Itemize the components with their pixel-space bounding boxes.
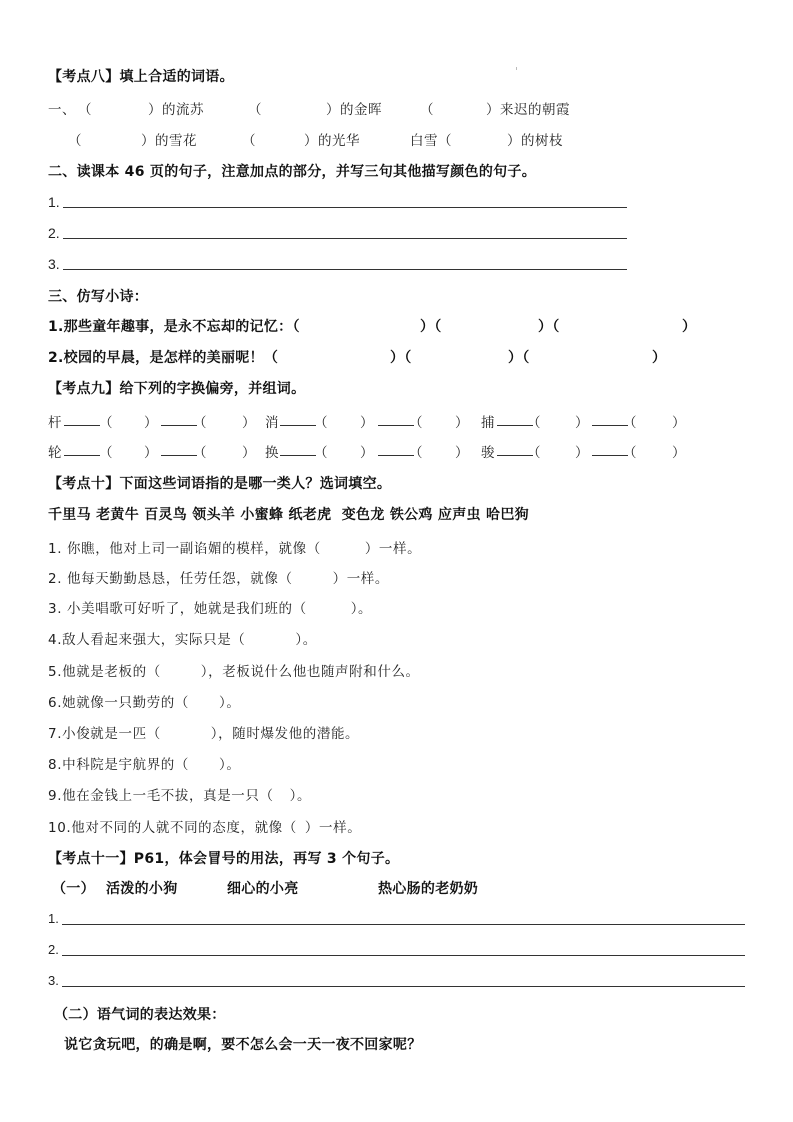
close-paren: ） (455, 441, 469, 461)
part2-label: （二）语气词的表达效果： (54, 1004, 226, 1024)
open-paren: （ (99, 441, 113, 461)
section10-heading: 【考点十】下面这些词语指的是哪一类人？选词填空。 (48, 473, 391, 493)
radical-char: 杆 (48, 411, 62, 431)
word-bank-item: 变色龙 (342, 507, 385, 523)
radical-blank[interactable] (64, 411, 100, 426)
fill-open-paren: （ (242, 129, 256, 149)
poem-item-2: 2.校园的早晨，是怎样的美丽呢！（ (48, 347, 278, 367)
question-10: 10.他对不同的人就不同的态度，就像（）一样。 (48, 816, 361, 836)
fill-phrase: ）的金晖 (326, 98, 382, 118)
word-bank-item: 应声虫 (438, 507, 481, 523)
question-9: 9.他在金钱上一毛不拔，真是一只（）。 (48, 784, 311, 804)
open-paren: （ (193, 411, 207, 431)
fill-open-paren: （ (68, 129, 82, 149)
word-bank-item: 铁公鸡 (390, 507, 433, 523)
word-bank-item: 领头羊 (192, 507, 235, 523)
question-6: 6.她就像一只勤劳的（）。 (48, 691, 240, 711)
fill-open-paren: 白雪（ (410, 129, 452, 149)
radical-blank[interactable] (280, 411, 316, 426)
answer-line-label: 3. (48, 256, 60, 272)
fill-phrase: ）的雪花 (141, 129, 197, 149)
radical-char: 捕 (481, 411, 495, 431)
answer-line-label: 1. (48, 194, 60, 210)
poem-blank: ） (682, 316, 696, 336)
word-bank-item: 哈巴狗 (486, 507, 529, 523)
topic: 热心肠的老奶奶 (378, 878, 478, 898)
part1-label: （一） (52, 878, 95, 898)
poem-blank: ）（ (390, 347, 412, 367)
close-paren: ） (575, 411, 589, 431)
answer-line[interactable] (62, 924, 745, 925)
answer-line[interactable] (63, 238, 627, 239)
open-paren: （ (527, 441, 541, 461)
close-paren: ） (455, 411, 469, 431)
close-paren: ） (672, 441, 686, 461)
radical-blank[interactable] (280, 441, 316, 456)
word-bank-item: 纸老虎 (288, 507, 331, 523)
close-paren: ） (144, 441, 158, 461)
fill-open-paren: （ (420, 98, 434, 118)
poem-blank: ）（ (420, 316, 442, 336)
topic: 细心的小亮 (227, 878, 299, 898)
close-paren: ） (144, 411, 158, 431)
close-paren: ） (242, 441, 256, 461)
radical-char: 轮 (48, 441, 62, 461)
open-paren: （ (623, 411, 637, 431)
poem-blank: ） (652, 347, 666, 367)
answer-line[interactable] (62, 955, 745, 956)
word-bank-item: 老黄牛 (96, 507, 139, 523)
open-paren: （ (314, 411, 328, 431)
question-8: 8.中科院是宇航界的（）。 (48, 753, 240, 773)
fill-open-paren: （ (78, 98, 92, 118)
word-bank-item: 小蜜蜂 (240, 507, 283, 523)
open-paren: （ (99, 411, 113, 431)
part3-heading: 三、仿写小诗： (48, 286, 148, 306)
close-paren: ） (360, 411, 374, 431)
open-paren: （ (409, 441, 423, 461)
open-paren: （ (409, 411, 423, 431)
poem-blank: ）（ (508, 347, 530, 367)
question-1: 1. 你瞧，他对上司一副谄媚的模样，就像（）一样。 (48, 537, 421, 557)
fill-phrase: ）的流苏 (148, 98, 204, 118)
topic: 活泼的小狗 (106, 878, 178, 898)
fill-phrase: ）的光华 (304, 129, 360, 149)
answer-line-label: 1. (48, 911, 59, 926)
question-2: 2. 他每天勤勤恳恳，任劳任怨，就像（）一样。 (48, 567, 389, 587)
answer-line-label: 2. (48, 942, 59, 957)
open-paren: （ (527, 411, 541, 431)
question-7: 7.小俊就是一匹（），随时爆发他的潜能。 (48, 722, 359, 742)
answer-line-label: 2. (48, 225, 60, 241)
close-paren: ） (242, 411, 256, 431)
answer-line[interactable] (63, 269, 627, 270)
question-3: 3. 小美唱歌可好听了，她就是我们班的（）。 (48, 597, 372, 617)
word-bank-item: 百灵鸟 (144, 507, 187, 523)
poem-blank: ）（ (538, 316, 560, 336)
open-paren: （ (193, 441, 207, 461)
answer-line-label: 3. (48, 973, 59, 988)
close-paren: ） (672, 411, 686, 431)
answer-line[interactable] (63, 207, 627, 208)
radical-char: 换 (265, 441, 279, 461)
part1-prefix: 一、 (48, 98, 76, 118)
example-sentence: 说它贪玩吧，的确是啊，要不怎么会一天一夜不回家呢？ (64, 1034, 422, 1054)
radical-char: 骏 (481, 441, 495, 461)
radical-blank[interactable] (161, 411, 197, 426)
open-paren: （ (314, 441, 328, 461)
answer-line[interactable] (62, 986, 745, 987)
section11-heading: 【考点十一】P61，体会冒号的用法，再写 3 个句子。 (48, 848, 399, 868)
close-paren: ） (575, 441, 589, 461)
radical-char: 消 (265, 411, 279, 431)
fill-phrase: ）的树枝 (507, 129, 563, 149)
fill-phrase: ）来迟的朝霞 (486, 98, 570, 118)
question-4: 4.敌人看起来强大，实际只是（）。 (48, 628, 317, 648)
section8-heading: 【考点八】填上合适的词语。 (48, 66, 234, 86)
scan-artifact (516, 67, 517, 70)
fill-open-paren: （ (248, 98, 262, 118)
open-paren: （ (623, 441, 637, 461)
radical-blank[interactable] (161, 441, 197, 456)
radical-blank[interactable] (64, 441, 100, 456)
question-5: 5.他就是老板的（），老板说什么他也随声附和什么。 (48, 660, 420, 680)
poem-item-1: 1.那些童年趣事，是永不忘却的记忆：（ (48, 316, 300, 336)
section9-heading: 【考点九】给下列的字换偏旁，并组词。 (48, 378, 305, 398)
word-bank-item: 千里马 (48, 507, 91, 523)
part2-heading: 二、读课本 46 页的句子，注意加点的部分，并写三句其他描写颜色的句子。 (48, 161, 536, 181)
close-paren: ） (360, 441, 374, 461)
word-bank: 千里马 老黄牛 百灵鸟 领头羊 小蜜蜂 纸老虎 变色龙 铁公鸡 应声虫 哈巴狗 (48, 504, 529, 524)
